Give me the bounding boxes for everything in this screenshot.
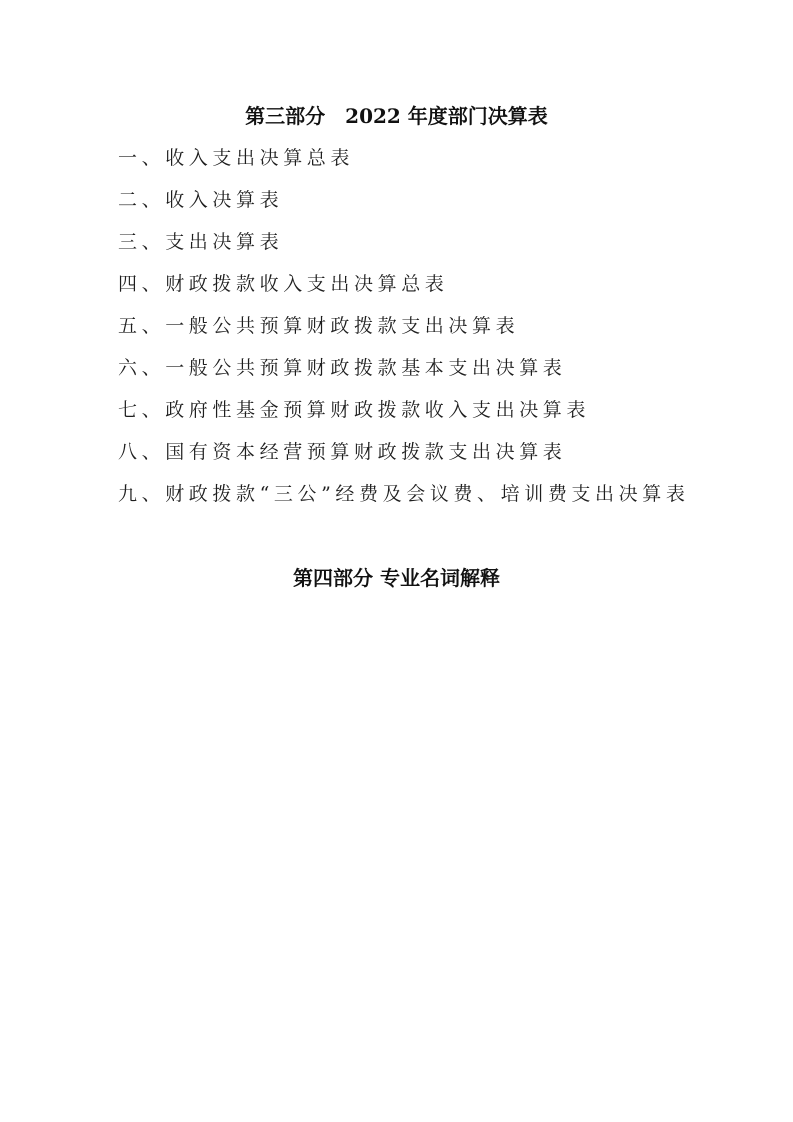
list-item-7: 七、政府性基金预算财政拨款收入支出决算表	[118, 398, 689, 440]
list-item-2: 二、收入决算表	[118, 188, 689, 230]
list-item-1: 一、收入支出决算总表	[118, 146, 689, 188]
list-item-8: 八、国有资本经营预算财政拨款支出决算表	[118, 440, 689, 482]
list-item-6: 六、一般公共预算财政拨款基本支出决算表	[118, 356, 689, 398]
list-item-3: 三、支出决算表	[118, 230, 689, 272]
part3-heading: 第三部分 2022 年度部门决算表	[0, 104, 793, 128]
list-item-4: 四、财政拨款收入支出决算总表	[118, 272, 689, 314]
part4-heading: 第四部分 专业名词解释	[0, 566, 793, 590]
list-item-5: 五、一般公共预算财政拨款支出决算表	[118, 314, 689, 356]
document-page: 第三部分 2022 年度部门决算表 一、收入支出决算总表 二、收入决算表 三、支…	[0, 0, 793, 1122]
part3-table-list: 一、收入支出决算总表 二、收入决算表 三、支出决算表 四、财政拨款收入支出决算总…	[118, 146, 689, 524]
list-item-9: 九、财政拨款“三公”经费及会议费、培训费支出决算表	[118, 482, 689, 524]
